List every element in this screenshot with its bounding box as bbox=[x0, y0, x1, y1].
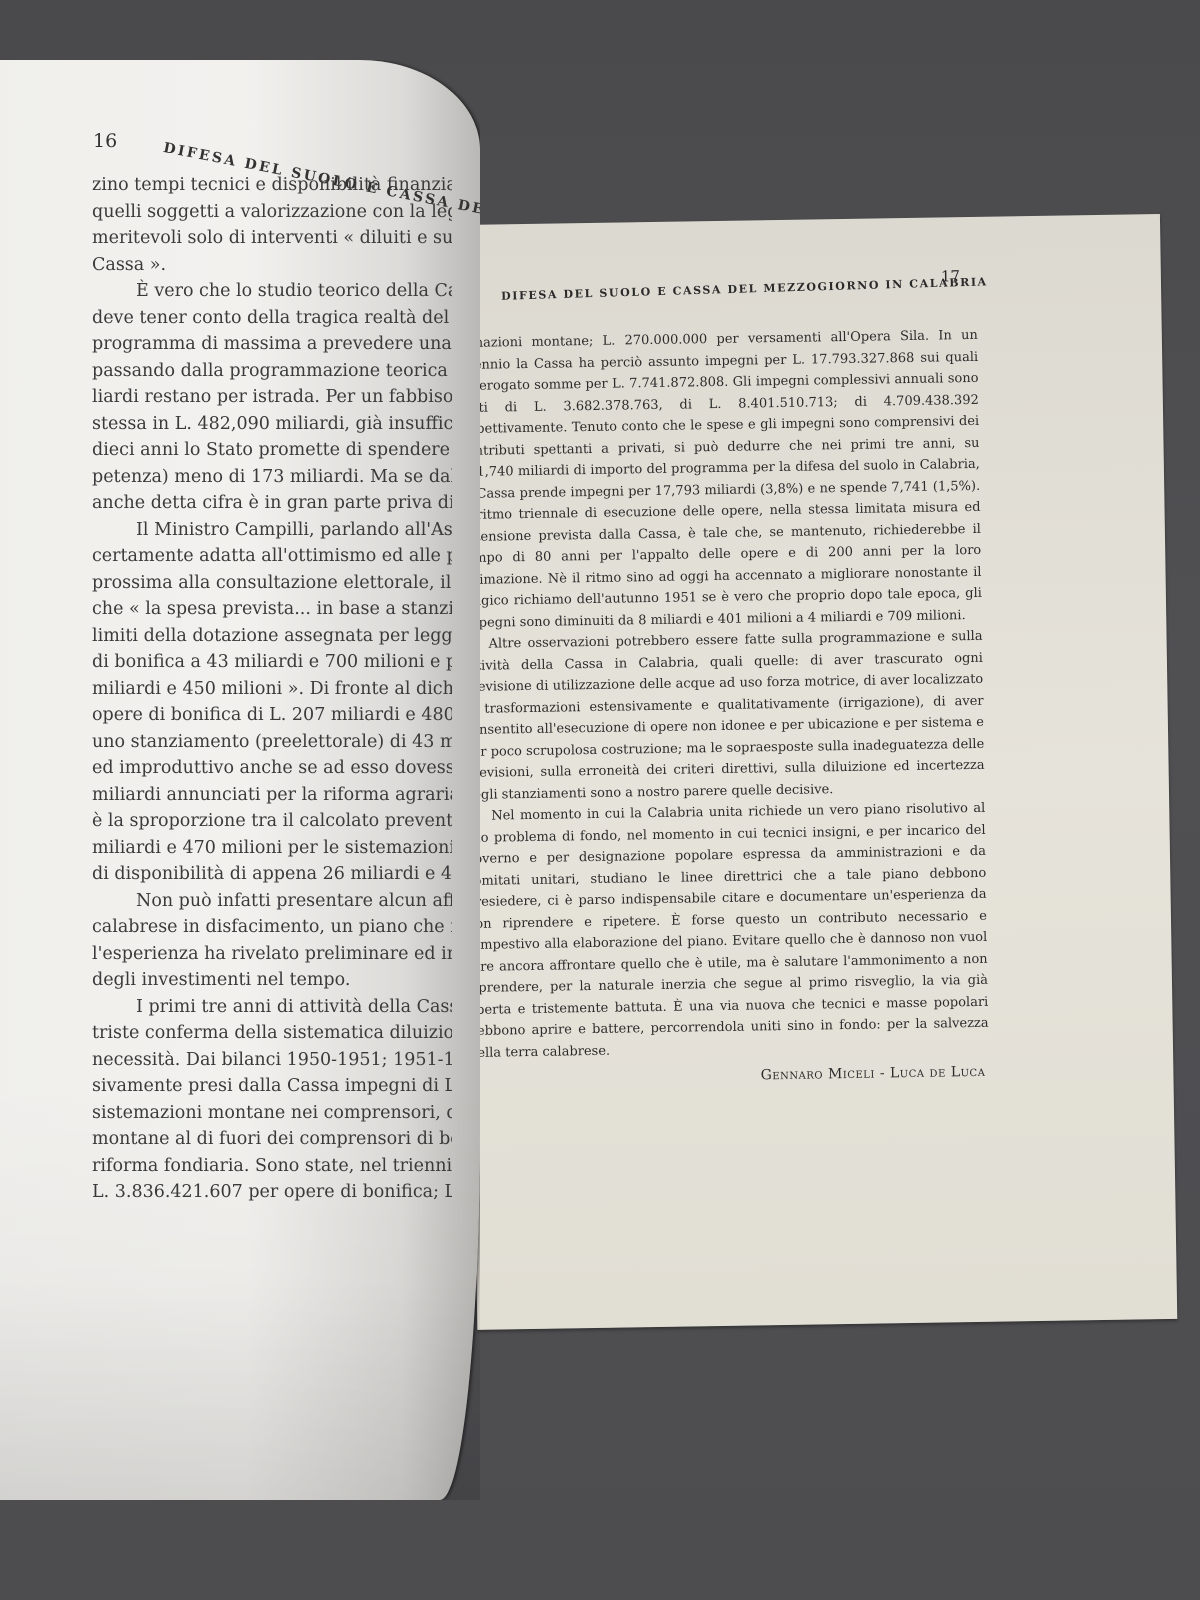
paragraph: temazioni montane; L. 270.000.000 per ve… bbox=[458, 325, 983, 634]
text-line: miliardi e 470 milioni per le sistemazio… bbox=[92, 835, 452, 862]
text-line: liardi restano per istrada. Per un fabbi… bbox=[92, 384, 452, 411]
author-signature: Gennaro Miceli - Luca de Luca bbox=[469, 1062, 989, 1092]
text-line: dieci anni lo Stato promette di spendere… bbox=[92, 437, 452, 464]
paragraph: Altre osservazioni potrebbero essere fat… bbox=[462, 626, 985, 806]
text-line: certamente adatta all'ottimismo ed alle … bbox=[92, 543, 452, 570]
text-line: anche detta cifra è in gran parte priva … bbox=[92, 490, 452, 517]
text-line: passando dalla programmazione teorica al… bbox=[92, 358, 452, 385]
text-line: petenza) meno di 173 miliardi. Ma se dal… bbox=[92, 464, 452, 491]
text-line: zino tempi tecnici e disponibilità finan… bbox=[92, 172, 452, 199]
paragraph: Nel momento in cui la Calabria unita ric… bbox=[465, 798, 989, 1064]
text-line: calabrese in disfacimento, un piano che … bbox=[92, 914, 452, 941]
text-line: I primi tre anni di attività della Cassa… bbox=[92, 994, 452, 1021]
right-page-body: temazioni montane; L. 270.000.000 per ve… bbox=[458, 325, 990, 1092]
text-line: sistemazioni montane nei comprensori, di… bbox=[92, 1100, 452, 1127]
text-line: miliardi annunciati per la riforma agrar… bbox=[92, 782, 452, 809]
text-line: programma di massima a prevedere una spe… bbox=[92, 331, 452, 358]
text-line: l'esperienza ha rivelato preliminare ed … bbox=[92, 941, 452, 968]
text-line: meritevoli solo di interventi « diluiti … bbox=[92, 225, 452, 252]
text-line: di bonifica a 43 miliardi e 700 milioni … bbox=[92, 649, 452, 676]
text-line: che « la spesa prevista... in base a sta… bbox=[92, 596, 452, 623]
text-line: miliardi e 450 milioni ». Di fronte al d… bbox=[92, 676, 452, 703]
left-page-body: zino tempi tecnici e disponibilità finan… bbox=[92, 172, 512, 1206]
text-line: uno stanziamento (preelettorale) di 43 m… bbox=[92, 729, 452, 756]
text-line: limiti della dotazione assegnata per leg… bbox=[92, 623, 452, 650]
text-line: ed improduttivo anche se ad esso dovesse… bbox=[92, 755, 452, 782]
running-header-right: Difesa del suolo e Cassa del Mezzogiorno… bbox=[501, 275, 991, 303]
text-line: L. 3.836.421.607 per opere di bonifica; … bbox=[92, 1179, 452, 1206]
text-line: deve tener conto della tragica realtà de… bbox=[92, 305, 452, 332]
text-line: degli investimenti nel tempo. bbox=[92, 967, 452, 994]
text-line: montane al di fuori dei comprensori di b… bbox=[92, 1126, 452, 1153]
text-line: Il Ministro Campilli, parlando all'Assoc… bbox=[92, 517, 452, 544]
page-number-left: 16 bbox=[93, 130, 117, 152]
text-line: necessità. Dai bilanci 1950-1951; 1951-1… bbox=[92, 1047, 452, 1074]
text-line: sivamente presi dalla Cassa impegni di L… bbox=[92, 1073, 452, 1100]
page-shadow bbox=[0, 1280, 480, 1500]
text-line: quelli soggetti a valorizzazione con la … bbox=[92, 199, 452, 226]
text-line: Non può infatti presentare alcun affidam… bbox=[92, 888, 452, 915]
page-number-right: 17 bbox=[941, 267, 960, 285]
text-line: riforma fondiaria. Sono state, nel trien… bbox=[92, 1153, 452, 1180]
text-line: prossima alla consultazione elettorale, … bbox=[92, 570, 452, 597]
text-line: triste conferma della sistematica diluiz… bbox=[92, 1020, 452, 1047]
text-line: è la sproporzione tra il calcolato preve… bbox=[92, 808, 452, 835]
text-line: stessa in L. 482,090 miliardi, già insuf… bbox=[92, 411, 452, 438]
text-line: opere di bonifica di L. 207 miliardi e 4… bbox=[92, 702, 452, 729]
text-line: di disponibilità di appena 26 miliardi e… bbox=[92, 861, 452, 888]
text-line: Cassa ». bbox=[92, 252, 452, 279]
text-line: È vero che lo studio teorico della Cassa bbox=[92, 278, 452, 305]
right-page: Difesa del suolo e Cassa del Mezzogiorno… bbox=[460, 214, 1177, 1330]
